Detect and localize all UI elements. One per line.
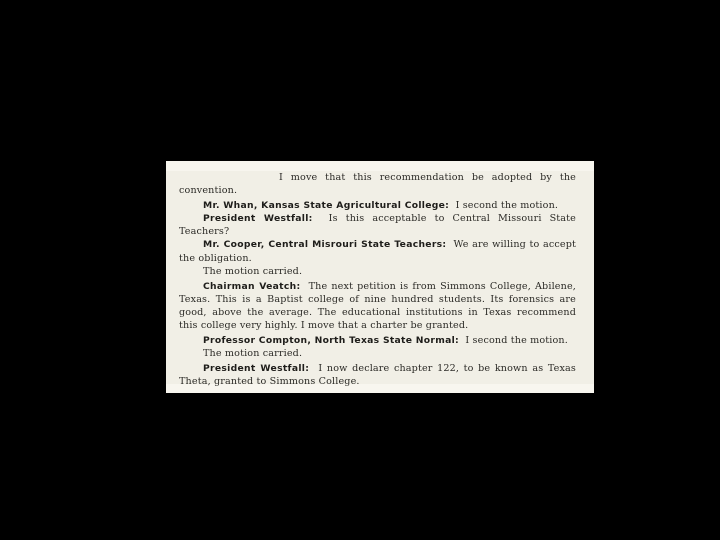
speaker-name: Mr. Cooper, Central Misrouri State Teach… — [203, 239, 446, 250]
paragraph-text: I move that this recommendation be adopt… — [179, 172, 576, 196]
speaker-name: Professor Compton, North Texas State Nor… — [203, 335, 459, 346]
scanned-page: I move that this recommendation be adopt… — [166, 161, 594, 393]
page-top-margin — [166, 161, 594, 171]
paragraph-motion-carried-2: The motion carried. — [179, 347, 576, 360]
paragraph-compton: Professor Compton, North Texas State Nor… — [179, 334, 576, 347]
paragraph-westfall-question: President Westfall: Is this acceptable t… — [179, 212, 576, 238]
minutes-text: I move that this recommendation be adopt… — [179, 171, 576, 389]
paragraph-veatch: Chairman Veatch: The next petition is fr… — [179, 280, 576, 332]
paragraph-westfall-declare: President Westfall: I now declare chapte… — [179, 362, 576, 388]
speaker-name: Chairman Veatch: — [203, 281, 300, 292]
paragraph-motion-adopt: I move that this recommendation be adopt… — [179, 171, 576, 197]
paragraph-cooper: Mr. Cooper, Central Misrouri State Teach… — [179, 238, 576, 264]
paragraph-text: I second the motion. — [456, 200, 559, 211]
speaker-name: President Westfall: — [203, 363, 309, 374]
paragraph-whan: Mr. Whan, Kansas State Agricultural Coll… — [179, 199, 576, 212]
speaker-name: Mr. Whan, Kansas State Agricultural Coll… — [203, 200, 449, 211]
speaker-name: President Westfall: — [203, 213, 313, 224]
paragraph-text: I second the motion. — [465, 335, 568, 346]
paragraph-motion-carried: The motion carried. — [179, 265, 576, 278]
paragraph-text: The motion carried. — [203, 266, 302, 277]
paragraph-text: The motion carried. — [203, 348, 302, 359]
